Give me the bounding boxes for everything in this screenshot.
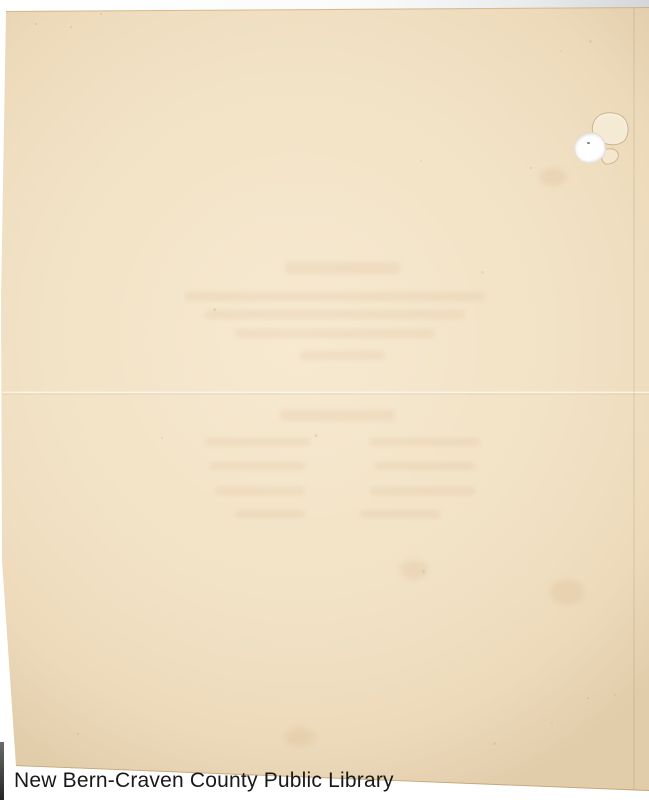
foxing-speck: [100, 13, 102, 15]
foxing-speck: [315, 434, 317, 437]
foxing-speck: [530, 167, 532, 169]
foxing-speck: [35, 23, 37, 25]
foxing-speck: [493, 742, 496, 745]
foxing-speck: [70, 26, 72, 28]
age-stain: [540, 168, 566, 186]
foxing-speck: [589, 40, 592, 43]
foxing-speck: [161, 437, 163, 439]
showthrough-smudge: [185, 292, 485, 301]
fold-crease-line: [2, 391, 649, 395]
foxing-speck: [614, 694, 616, 696]
showthrough-smudge: [210, 462, 305, 470]
scanned-page-canvas: New Bern-Craven County Public Library: [0, 0, 649, 800]
showthrough-smudge: [215, 487, 305, 495]
showthrough-smudge: [285, 262, 400, 274]
age-stain: [285, 728, 315, 746]
showthrough-smudge: [280, 410, 395, 421]
showthrough-smudge: [205, 438, 310, 446]
scanner-edge-artifact: [0, 742, 4, 800]
age-stain: [550, 580, 584, 604]
aged-paper-sheet: [0, 0, 649, 800]
showthrough-smudge: [360, 510, 440, 518]
showthrough-smudge: [300, 351, 385, 360]
underlying-page-edge-line: [633, 8, 635, 790]
foxing-speck: [551, 722, 553, 724]
showthrough-smudge: [375, 462, 475, 470]
showthrough-smudge: [205, 310, 465, 319]
hole-center-mark: [587, 142, 590, 144]
library-watermark-caption: New Bern-Craven County Public Library: [14, 769, 394, 793]
punch-hole: [574, 132, 606, 163]
showthrough-smudge: [370, 438, 480, 446]
foxing-speck: [213, 308, 216, 311]
foxing-speck: [422, 570, 425, 573]
foxing-speck: [587, 697, 589, 699]
foxing-speck: [560, 50, 562, 52]
foxing-speck: [481, 271, 484, 274]
paper-vignette-shading: [0, 0, 649, 800]
foxing-speck: [420, 160, 422, 162]
foxing-speck: [77, 733, 79, 735]
showthrough-smudge: [370, 487, 475, 495]
showthrough-smudge: [235, 329, 435, 338]
showthrough-smudge: [235, 510, 305, 518]
